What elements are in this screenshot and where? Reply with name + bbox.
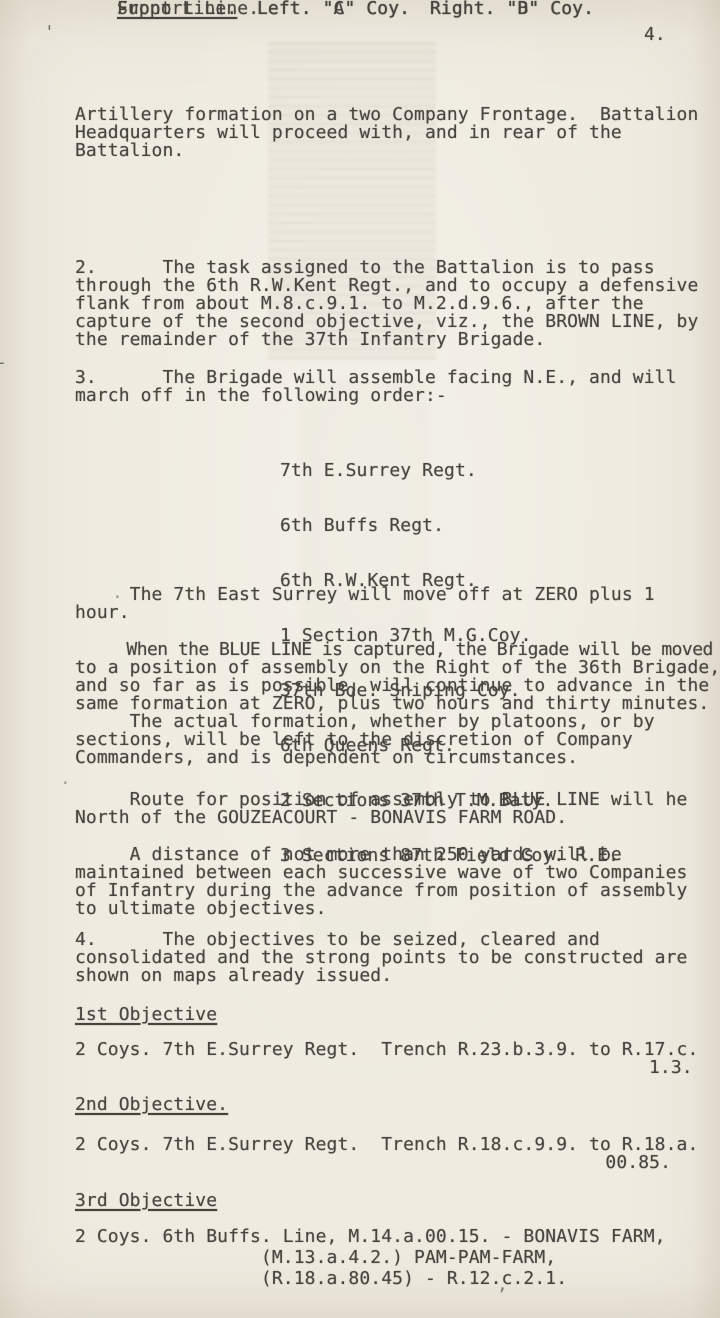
zero-hour-paragraph: The 7th East Surrey will move off at ZER… (75, 586, 655, 622)
second-objective-heading: 2nd Objective. (75, 1096, 228, 1114)
first-objective-line: 2 Coys. 7th E.Surrey Regt. Trench R.23.b… (75, 1041, 698, 1059)
paragraph-2-task: 2. The task assigned to the Battalion is… (75, 259, 698, 349)
stray-ink-mark: - (0, 354, 7, 372)
first-objective-ref: 1.3. (75, 1059, 693, 1077)
paragraph-3-assembly: 3. The Brigade will assemble facing N.E.… (75, 369, 677, 405)
support-line-row: Support Line. Left. "A" Coy. Right. "B" … (0, 20, 720, 40)
march-order-item: 7th E.Surrey Regt. (280, 461, 619, 480)
march-order-item: 6th Buffs Regt. (280, 516, 619, 535)
distance-paragraph: A distance of not more than 250 yards wi… (75, 846, 687, 918)
support-line-left-company: Left. "A" Coy. (257, 0, 410, 18)
intro-paragraph: Artillery formation on a two Company Fro… (75, 106, 698, 160)
third-objective-heading: 3rd Objective (75, 1192, 217, 1210)
third-objective-lines: 2 Coys. 6th Buffs. Line, M.14.a.00.15. -… (75, 1226, 666, 1289)
support-line-label: Support Line. (117, 0, 259, 18)
stray-ink-mark: ' (44, 24, 55, 42)
page-number: 4. (644, 26, 666, 44)
route-paragraph: Route for position of assembly to BLUE L… (75, 791, 687, 827)
paragraph-4-objectives: 4. The objectives to be seized, cleared … (75, 931, 687, 985)
scanned-document-page: 4. Artillery formation on a two Company … (0, 0, 720, 1318)
stray-ink-mark: , (497, 1276, 508, 1294)
support-line-right-company: Right. "B" Coy. (430, 0, 594, 18)
blue-line-paragraph-rest: to a position of assembly on the Right o… (75, 659, 720, 767)
first-objective-heading: 1st Objective (75, 1006, 217, 1024)
stray-ink-mark: . (112, 584, 123, 602)
stray-ink-mark: . (60, 770, 71, 788)
second-objective-ref: 00.85. (75, 1154, 671, 1172)
